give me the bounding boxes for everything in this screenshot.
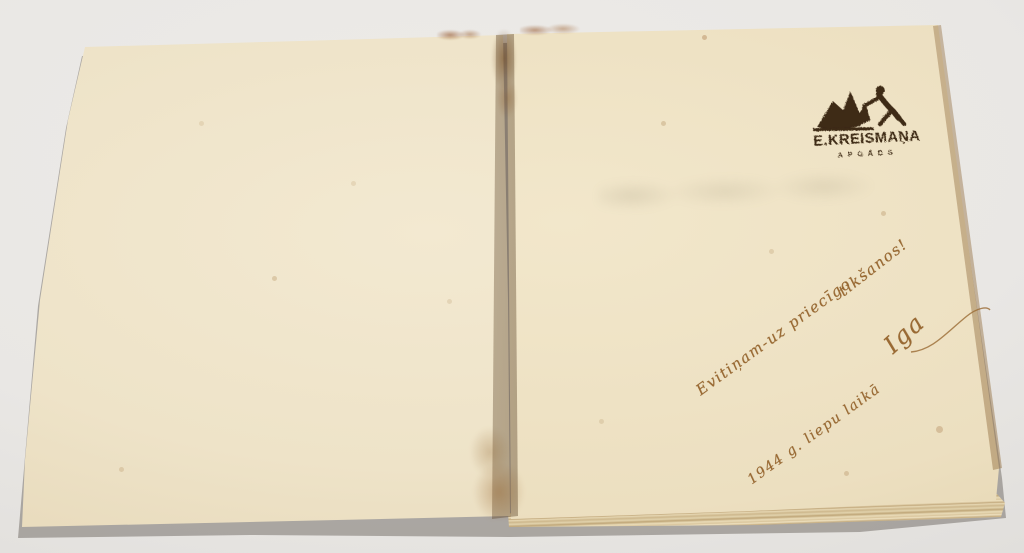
foxing-spots: [0, 0, 3, 3]
stamp-publisher-subtitle: APGĀDS: [838, 148, 898, 159]
publisher-stamp: E.KREISMAŅA APGĀDS: [798, 77, 934, 168]
photo-background: E.KREISMAŅA APGĀDS Evitiņam-uz priecīgo …: [0, 0, 1024, 553]
signature-flourish: [905, 298, 995, 360]
stamp-publisher-name: E.KREISMAŅA: [813, 128, 921, 150]
show-through-ghost: [598, 164, 881, 218]
rust-mark-left: [437, 29, 481, 41]
rust-mark-right: [520, 23, 580, 36]
spine-stain-top: [486, 30, 522, 125]
spine-stain-bottom: [466, 420, 526, 520]
stamp-emblem-icon: E.KREISMAŅA APGĀDS: [798, 77, 934, 168]
